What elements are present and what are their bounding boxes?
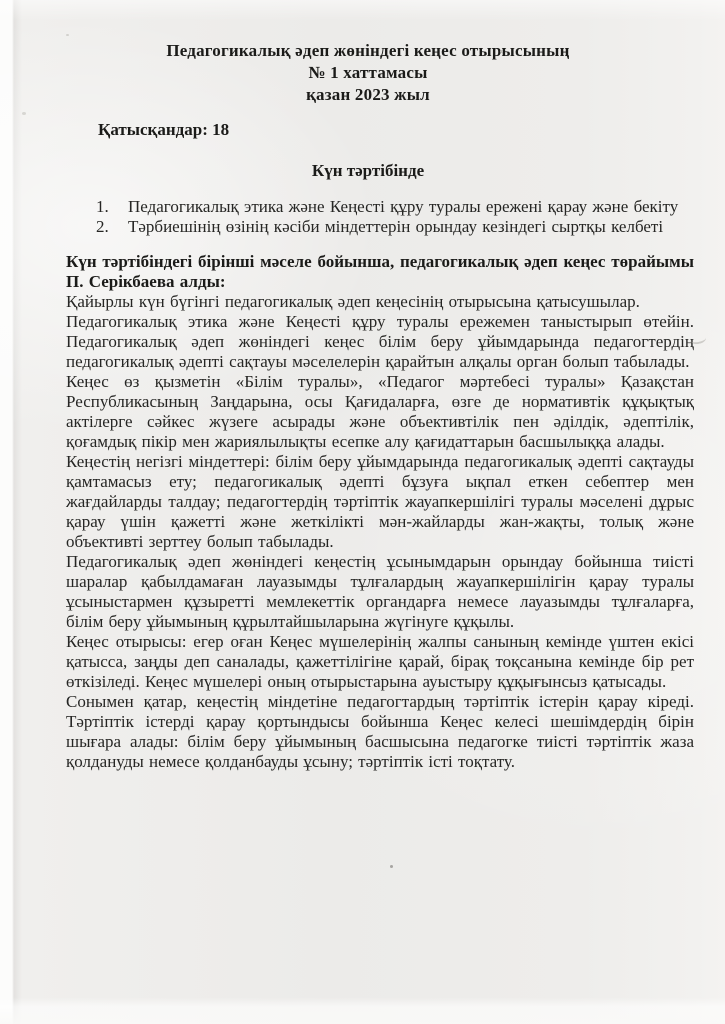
document-title: Педагогикалық әдеп жөніндегі кеңес отыры…	[66, 40, 694, 106]
scan-speck	[22, 112, 26, 115]
participants-label: Қатысқандар:	[98, 120, 208, 139]
document-content: Педагогикалық әдеп жөніндегі кеңес отыры…	[66, 40, 694, 772]
body-paragraph: Қайырлы күн бүгінгі педагогикалық әдеп к…	[66, 292, 694, 312]
participants-line: Қатысқандар: 18	[98, 120, 694, 140]
body-paragraph: Сонымен қатар, кеңестің міндетіне педаго…	[66, 692, 694, 772]
agenda-item: 2.Тәрбиешінің өзінің кәсіби міндеттерін …	[66, 217, 694, 237]
body-paragraph: Кеңес отырысы: егер оған Кеңес мүшелерін…	[66, 632, 694, 692]
agenda-item: 1.Педагогикалық этика және Кеңесті құру …	[66, 197, 694, 217]
scanned-document-page: Педагогикалық әдеп жөніндегі кеңес отыры…	[0, 0, 725, 1024]
title-line-3: қазан 2023 жыл	[66, 84, 670, 106]
agenda-item-number: 2.	[96, 217, 128, 237]
scan-speck	[390, 865, 393, 868]
agenda-item-text: Тәрбиешінің өзінің кәсіби міндеттерін ор…	[128, 217, 663, 236]
body-paragraph: Педагогикалық әдеп жөніндегі кеңестің ұс…	[66, 552, 694, 632]
agenda-list: 1.Педагогикалық этика және Кеңесті құру …	[66, 197, 694, 237]
body-paragraph: Кеңес өз қызметін «Білім туралы», «Педаг…	[66, 372, 694, 452]
scan-speck	[66, 34, 69, 36]
body-paragraph: Кеңестің негізгі міндеттері: білім беру …	[66, 452, 694, 552]
speaker-heading: Күн тәртібіндегі бірінші мәселе бойынша,…	[66, 252, 694, 292]
agenda-heading: Күн тәртібінде	[66, 161, 694, 181]
agenda-item-text: Педагогикалық этика және Кеңесті құру ту…	[128, 197, 678, 216]
body-paragraph: Педагогикалық этика және Кеңесті құру ту…	[66, 312, 694, 372]
participants-count: 18	[212, 120, 229, 139]
title-line-2: № 1 хаттамасы	[66, 62, 670, 84]
agenda-item-number: 1.	[96, 197, 128, 217]
title-line-1: Педагогикалық әдеп жөніндегі кеңес отыры…	[66, 40, 670, 62]
scan-speck	[500, 50, 503, 53]
